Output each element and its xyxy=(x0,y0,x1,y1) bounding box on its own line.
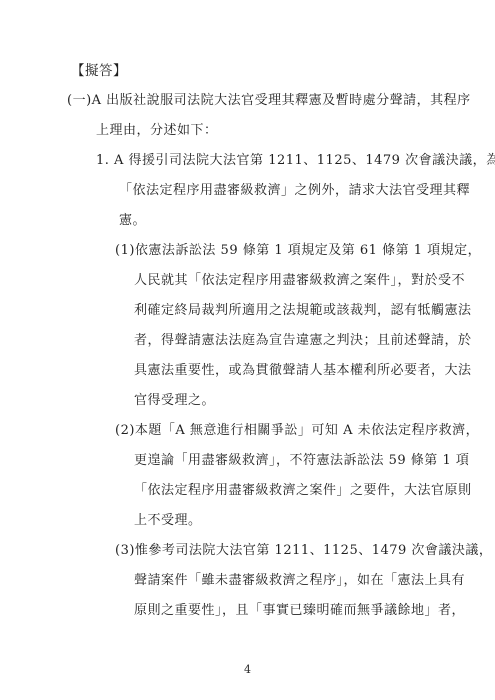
text-line: 具憲法重要性，或為貫徹聲請人基本權利所必要者，大法 xyxy=(134,356,458,386)
text-line: 憲。 xyxy=(119,206,458,236)
text-line: 「依法定程序用盡審級救濟」之例外，請求大法官受理其釋 xyxy=(119,176,458,206)
text-line-subitem-3: (3)惟參考司法院大法官第 1211、1125、1479 次會議決議， xyxy=(115,536,458,566)
text-line: 「依法定程序用盡審級救濟之案件」之要件，大法官原則 xyxy=(134,476,458,506)
text-line: 人民就其「依法定程序用盡審級救濟之案件」，對於受不 xyxy=(134,266,458,296)
text-line: 原則之重要性」，且「事實已臻明確而無爭議餘地」者， xyxy=(134,596,458,626)
text-line: 官得受理之。 xyxy=(134,386,458,416)
page-number: 4 xyxy=(0,663,495,676)
text-line: 者，得聲請憲法法庭為宣告違憲之判決；且前述聲請，於 xyxy=(134,326,458,356)
answer-body: 【擬答】 (一)A 出版社說服司法院大法官受理其釋憲及暫時處分聲請，其程序 上理… xyxy=(0,56,495,626)
text-line: 聲請案件「雖未盡審級救濟之程序」，如在「憲法上具有 xyxy=(134,566,458,596)
text-line-section-1: (一)A 出版社說服司法院大法官受理其釋憲及暫時處分聲請，其程序 xyxy=(67,86,458,116)
text-line-subitem-1: (1)依憲法訴訟法 59 條第 1 項規定及第 61 條第 1 項規定， xyxy=(115,236,458,266)
answer-heading: 【擬答】 xyxy=(71,56,458,86)
text-line: 上不受理。 xyxy=(134,506,458,536)
text-line: 利確定終局裁判所適用之法規範或該裁判，認有牴觸憲法 xyxy=(134,296,458,326)
text-line: 上理由，分述如下： xyxy=(96,116,458,146)
text-line: 更遑論「用盡審級救濟」，不符憲法訴訟法 59 條第 1 項 xyxy=(134,446,458,476)
text-line-item-1: 1. A 得援引司法院大法官第 1211、1125、1479 次會議決議，為 xyxy=(96,146,458,176)
text-line-subitem-2: (2)本題「A 無意進行相關爭訟」可知 A 未依法定程序救濟， xyxy=(115,416,458,446)
document-page: 【擬答】 (一)A 出版社說服司法院大法官受理其釋憲及暫時處分聲請，其程序 上理… xyxy=(0,0,495,700)
